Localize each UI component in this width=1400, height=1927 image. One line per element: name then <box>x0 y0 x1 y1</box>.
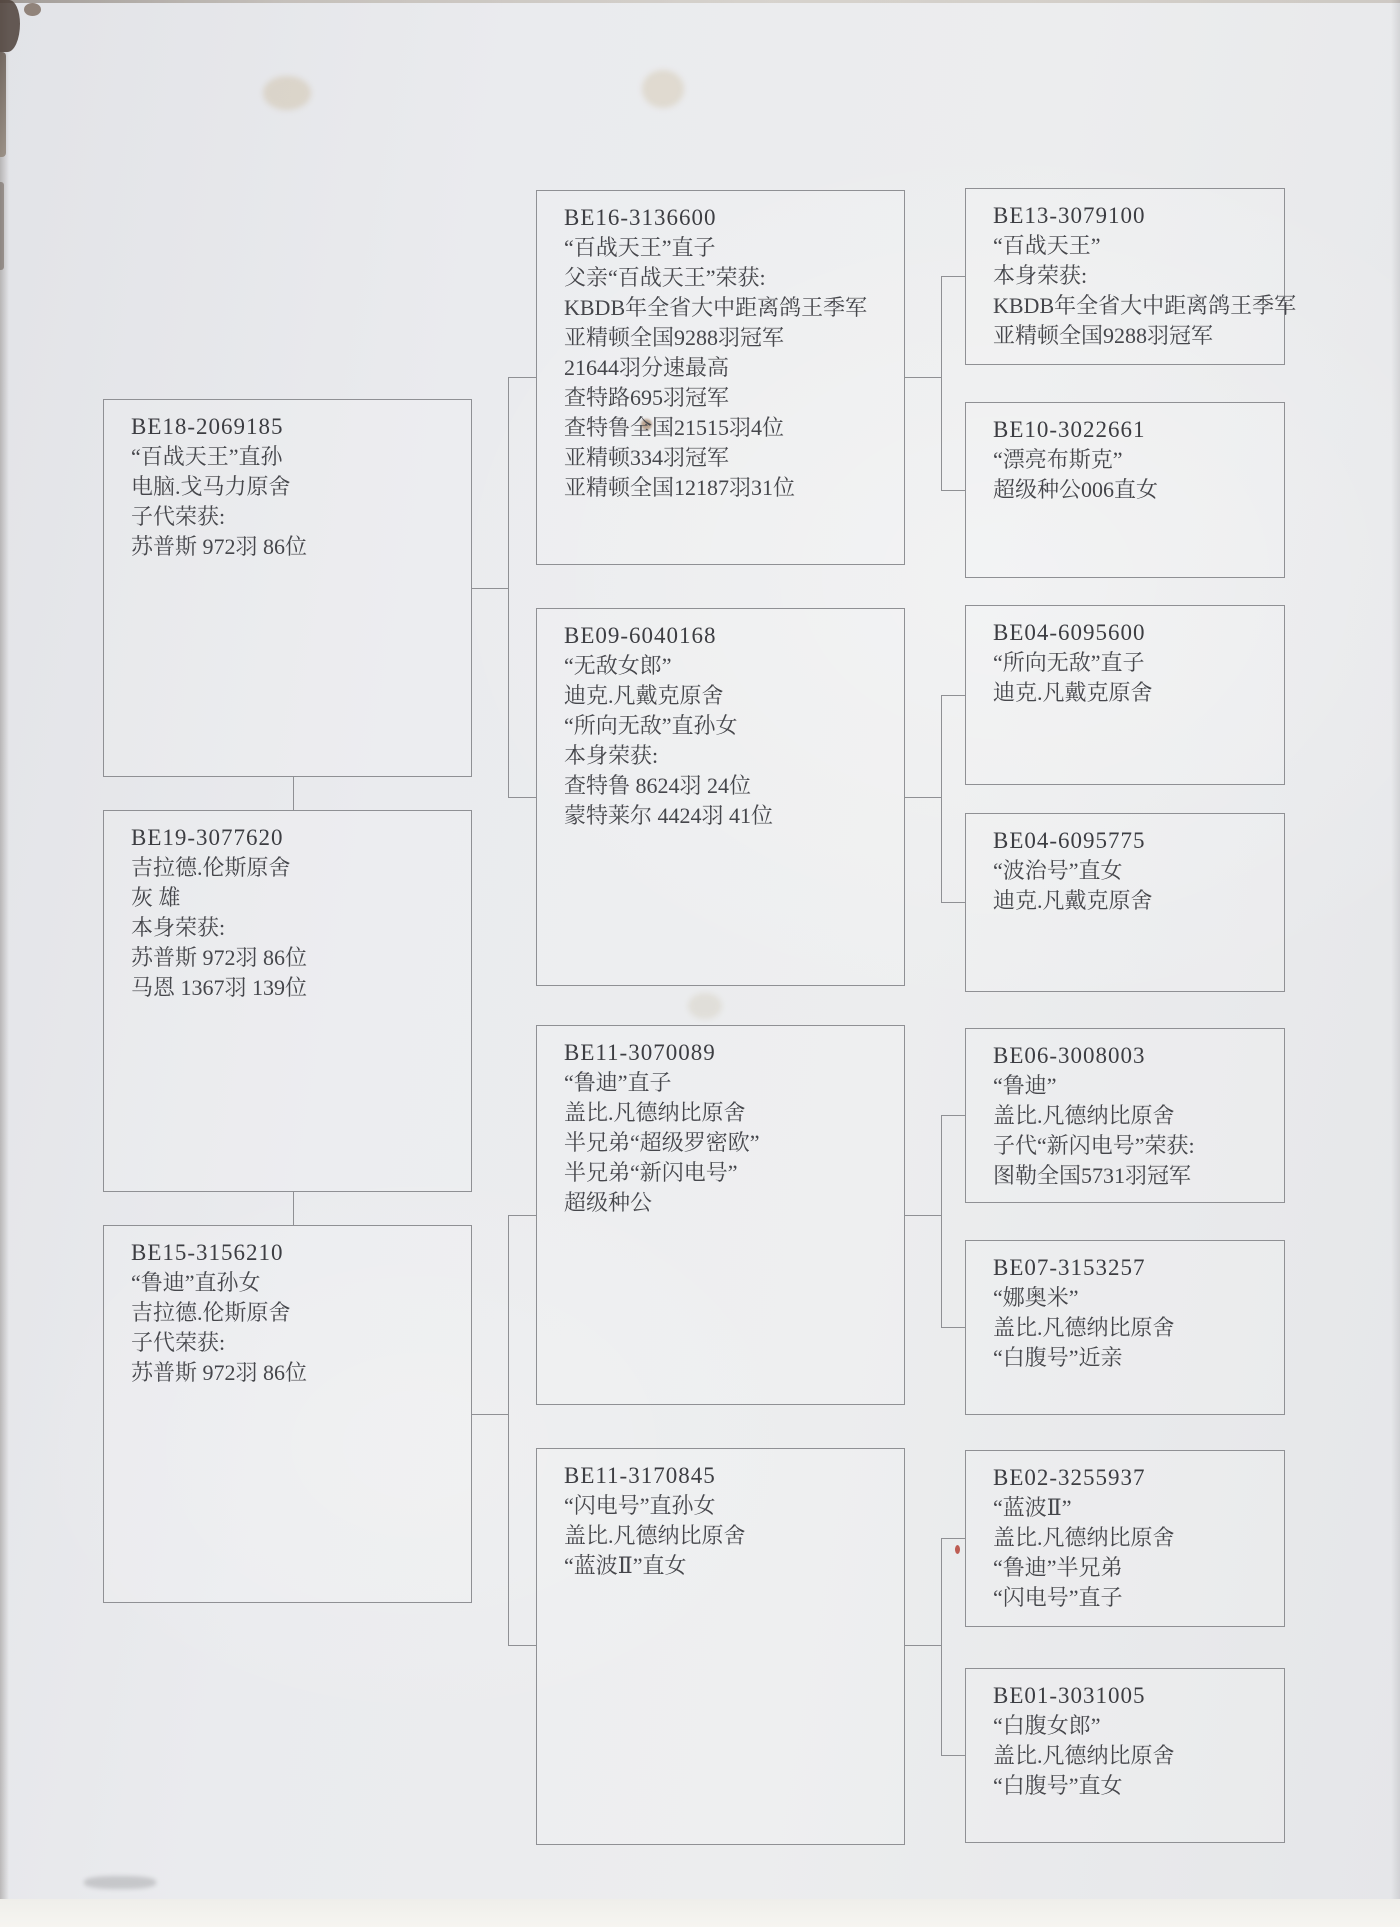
pedigree-scan-page: BE18-2069185 “百战天王”直孙电脑.戈马力原舍子代荣获:苏普斯 97… <box>0 0 1400 1927</box>
scan-corner-mark <box>0 0 20 52</box>
connector-line <box>941 902 965 903</box>
pedigree-text-line: 吉拉德.伦斯原舍 <box>131 853 463 883</box>
pedigree-box-lines: “蓝波Ⅱ”盖比.凡德纳比原舍“鲁迪”半兄弟“闪电号”直子 <box>993 1493 1276 1613</box>
pedigree-box-be16-3136600: BE16-3136600 “百战天王”直子父亲“百战天王”荣获:KBDB年全省大… <box>536 190 905 565</box>
pedigree-text-line: “无敌女郎” <box>564 651 896 681</box>
pedigree-box-lines: “娜奥米”盖比.凡德纳比原舍“白腹号”近亲 <box>993 1283 1276 1373</box>
ring-number: BE02-3255937 <box>993 1462 1276 1493</box>
connector-line <box>905 797 941 798</box>
pedigree-box-be11-3170845: BE11-3170845 “闪电号”直孙女盖比.凡德纳比原舍“蓝波Ⅱ”直女 <box>536 1448 905 1845</box>
scan-edge-left <box>0 0 9 1927</box>
connector-line <box>941 1115 965 1116</box>
connector-line <box>508 1215 509 1646</box>
pedigree-text-line: 苏普斯 972羽 86位 <box>131 943 463 973</box>
connector-line <box>941 276 965 277</box>
pedigree-box-lines: “百战天王”直孙电脑.戈马力原舍子代荣获:苏普斯 972羽 86位 <box>131 442 463 562</box>
pedigree-text-line: 苏普斯 972羽 86位 <box>131 1358 463 1388</box>
pedigree-text-line: 父亲“百战天王”荣获: <box>564 263 896 293</box>
pedigree-text-line: “蓝波Ⅱ”直女 <box>564 1551 896 1581</box>
connector-line <box>293 777 294 810</box>
connector-line <box>905 1645 941 1646</box>
pedigree-text-line: 吉拉德.伦斯原舍 <box>131 1298 463 1328</box>
connector-line <box>941 695 942 903</box>
ring-number: BE04-6095600 <box>993 617 1276 648</box>
pedigree-text-line: 盖比.凡德纳比原舍 <box>993 1523 1276 1553</box>
pedigree-text-line: “鲁迪”直子 <box>564 1068 896 1098</box>
pedigree-text-line: 盖比.凡德纳比原舍 <box>564 1098 896 1128</box>
pedigree-text-line: 电脑.戈马力原舍 <box>131 472 463 502</box>
scan-edge-top <box>0 0 1400 3</box>
connector-line <box>472 588 508 589</box>
pedigree-box-lines: “鲁迪”盖比.凡德纳比原舍子代“新闪电号”荣获:图勒全国5731羽冠军 <box>993 1071 1276 1191</box>
connector-line <box>293 1192 294 1225</box>
pedigree-box-be19-3077620: BE19-3077620 吉拉德.伦斯原舍灰 雄本身荣获:苏普斯 972羽 86… <box>103 810 472 1192</box>
ink-speck <box>955 1545 960 1554</box>
scan-edge-streak <box>0 182 4 270</box>
pedigree-text-line: 盖比.凡德纳比原舍 <box>993 1101 1276 1131</box>
pedigree-text-line: “娜奥米” <box>993 1283 1276 1313</box>
pedigree-box-lines: “鲁迪”直子盖比.凡德纳比原舍半兄弟“超级罗密欧”半兄弟“新闪电号”超级种公 <box>564 1068 896 1218</box>
pedigree-text-line: 亚精顿全国9288羽冠军 <box>564 323 896 353</box>
pedigree-box-lines: “白腹女郎”盖比.凡德纳比原舍“白腹号”直女 <box>993 1711 1276 1801</box>
pedigree-text-line: “漂亮布斯克” <box>993 445 1276 475</box>
pedigree-box-be13-3079100: BE13-3079100 “百战天王”本身荣获:KBDB年全省大中距离鸽王季军亚… <box>965 188 1285 365</box>
pedigree-text-line: 亚精顿全国9288羽冠军 <box>993 321 1276 351</box>
ring-number: BE11-3170845 <box>564 1460 896 1491</box>
pedigree-box-be02-3255937: BE02-3255937 “蓝波Ⅱ”盖比.凡德纳比原舍“鲁迪”半兄弟“闪电号”直… <box>965 1450 1285 1627</box>
pedigree-text-line: 半兄弟“新闪电号” <box>564 1158 896 1188</box>
scan-edge-streak <box>0 52 6 157</box>
pedigree-box-lines: “闪电号”直孙女盖比.凡德纳比原舍“蓝波Ⅱ”直女 <box>564 1491 896 1581</box>
pedigree-text-line: 超级种公 <box>564 1188 896 1218</box>
pedigree-text-line: 迪克.凡戴克原舍 <box>564 681 896 711</box>
pedigree-box-be11-3070089: BE11-3070089 “鲁迪”直子盖比.凡德纳比原舍半兄弟“超级罗密欧”半兄… <box>536 1025 905 1405</box>
pedigree-text-line: 亚精顿全国12187羽31位 <box>564 473 896 503</box>
paper-stain <box>642 70 684 108</box>
pedigree-box-be09-6040168: BE09-6040168 “无敌女郎”迪克.凡戴克原舍“所向无敌”直孙女本身荣获… <box>536 608 905 986</box>
connector-line <box>941 1115 942 1328</box>
connector-line <box>509 377 536 378</box>
pedigree-box-be04-6095775: BE04-6095775 “波治号”直女迪克.凡戴克原舍 <box>965 813 1285 992</box>
pedigree-text-line: “闪电号”直孙女 <box>564 1491 896 1521</box>
connector-line <box>941 695 965 696</box>
pedigree-text-line: 盖比.凡德纳比原舍 <box>564 1521 896 1551</box>
ring-number: BE09-6040168 <box>564 620 896 651</box>
scan-edge-right <box>1391 0 1400 1927</box>
pedigree-box-be15-3156210: BE15-3156210 “鲁迪”直孙女吉拉德.伦斯原舍子代荣获:苏普斯 972… <box>103 1225 472 1603</box>
ring-number: BE11-3070089 <box>564 1037 896 1068</box>
pedigree-box-be06-3008003: BE06-3008003 “鲁迪”盖比.凡德纳比原舍子代“新闪电号”荣获:图勒全… <box>965 1028 1285 1203</box>
pedigree-text-line: “鲁迪”半兄弟 <box>993 1553 1276 1583</box>
ring-number: BE04-6095775 <box>993 825 1276 856</box>
ring-number: BE19-3077620 <box>131 822 463 853</box>
pedigree-box-be07-3153257: BE07-3153257 “娜奥米”盖比.凡德纳比原舍“白腹号”近亲 <box>965 1240 1285 1415</box>
pedigree-text-line: “百战天王”直子 <box>564 233 896 263</box>
pedigree-text-line: “波治号”直女 <box>993 856 1276 886</box>
pedigree-text-line: “百战天王”直孙 <box>131 442 463 472</box>
pedigree-text-line: KBDB年全省大中距离鸽王季军 <box>564 293 896 323</box>
paper-stain <box>263 76 311 110</box>
pedigree-text-line: 蒙特莱尔 4424羽 41位 <box>564 801 896 831</box>
pedigree-text-line: 21644羽分速最高 <box>564 353 896 383</box>
pedigree-text-line: 苏普斯 972羽 86位 <box>131 532 463 562</box>
ring-number: BE18-2069185 <box>131 411 463 442</box>
pedigree-box-lines: 吉拉德.伦斯原舍灰 雄本身荣获:苏普斯 972羽 86位马恩 1367羽 139… <box>131 853 463 1003</box>
connector-line <box>472 1414 508 1415</box>
pedigree-text-line: 盖比.凡德纳比原舍 <box>993 1741 1276 1771</box>
pedigree-text-line: 亚精顿334羽冠军 <box>564 443 896 473</box>
connector-line <box>905 1215 941 1216</box>
pedigree-text-line: “百战天王” <box>993 231 1276 261</box>
pedigree-text-line: “鲁迪”直孙女 <box>131 1268 463 1298</box>
connector-line <box>509 797 536 798</box>
ring-number: BE15-3156210 <box>131 1237 463 1268</box>
pedigree-box-be10-3022661: BE10-3022661 “漂亮布斯克”超级种公006直女 <box>965 402 1285 578</box>
connector-line <box>941 1538 965 1539</box>
pedigree-box-lines: “百战天王”本身荣获:KBDB年全省大中距离鸽王季军亚精顿全国9288羽冠军 <box>993 231 1276 351</box>
pedigree-text-line: 查特路695羽冠军 <box>564 383 896 413</box>
ring-number: BE13-3079100 <box>993 200 1276 231</box>
pedigree-text-line: “白腹女郎” <box>993 1711 1276 1741</box>
pedigree-text-line: 子代荣获: <box>131 1328 463 1358</box>
pedigree-text-line: 超级种公006直女 <box>993 475 1276 505</box>
pedigree-text-line: 半兄弟“超级罗密欧” <box>564 1128 896 1158</box>
pedigree-box-lines: “百战天王”直子父亲“百战天王”荣获:KBDB年全省大中距离鸽王季军亚精顿全国9… <box>564 233 896 503</box>
scan-bottom-strip <box>0 1899 1400 1927</box>
connector-line <box>941 1538 942 1756</box>
pedigree-text-line: “闪电号”直子 <box>993 1583 1276 1613</box>
pedigree-text-line: 迪克.凡戴克原舍 <box>993 678 1276 708</box>
pedigree-text-line: “白腹号”直女 <box>993 1771 1276 1801</box>
pedigree-box-be04-6095600: BE04-6095600 “所向无敌”直子迪克.凡戴克原舍 <box>965 605 1285 785</box>
ring-number: BE10-3022661 <box>993 414 1276 445</box>
pedigree-text-line: “所向无敌”直孙女 <box>564 711 896 741</box>
pedigree-text-line: “蓝波Ⅱ” <box>993 1493 1276 1523</box>
paper-stain <box>688 993 722 1019</box>
connector-line <box>941 490 965 491</box>
connector-line <box>941 1327 965 1328</box>
pedigree-box-lines: “无敌女郎”迪克.凡戴克原舍“所向无敌”直孙女本身荣获:查特鲁 8624羽 24… <box>564 651 896 831</box>
ring-number: BE06-3008003 <box>993 1040 1276 1071</box>
pedigree-text-line: 本身荣获: <box>993 261 1276 291</box>
pedigree-box-be18-2069185: BE18-2069185 “百战天王”直孙电脑.戈马力原舍子代荣获:苏普斯 97… <box>103 399 472 777</box>
pedigree-text-line: 本身荣获: <box>131 913 463 943</box>
pedigree-text-line: “鲁迪” <box>993 1071 1276 1101</box>
pedigree-text-line: KBDB年全省大中距离鸽王季军 <box>993 291 1276 321</box>
ring-number: BE07-3153257 <box>993 1252 1276 1283</box>
pedigree-box-be01-3031005: BE01-3031005 “白腹女郎”盖比.凡德纳比原舍“白腹号”直女 <box>965 1668 1285 1843</box>
pedigree-text-line: 图勒全国5731羽冠军 <box>993 1161 1276 1191</box>
ring-number: BE16-3136600 <box>564 202 896 233</box>
ring-number: BE01-3031005 <box>993 1680 1276 1711</box>
pedigree-box-lines: “波治号”直女迪克.凡戴克原舍 <box>993 856 1276 916</box>
pedigree-text-line: 查特鲁 8624羽 24位 <box>564 771 896 801</box>
connector-line <box>941 1755 965 1756</box>
pedigree-text-line: “白腹号”近亲 <box>993 1343 1276 1373</box>
pedigree-text-line: 马恩 1367羽 139位 <box>131 973 463 1003</box>
pedigree-box-lines: “漂亮布斯克”超级种公006直女 <box>993 445 1276 505</box>
pedigree-text-line: “所向无敌”直子 <box>993 648 1276 678</box>
pedigree-text-line: 本身荣获: <box>564 741 896 771</box>
connector-line <box>509 1645 536 1646</box>
scan-corner-mark <box>24 3 41 16</box>
scan-smudge <box>84 1876 156 1889</box>
pedigree-text-line: 子代“新闪电号”荣获: <box>993 1131 1276 1161</box>
pedigree-text-line: 子代荣获: <box>131 502 463 532</box>
pedigree-box-lines: “鲁迪”直孙女吉拉德.伦斯原舍子代荣获:苏普斯 972羽 86位 <box>131 1268 463 1388</box>
connector-line <box>941 276 942 491</box>
connector-line <box>509 1215 536 1216</box>
pedigree-text-line: 盖比.凡德纳比原舍 <box>993 1313 1276 1343</box>
pedigree-text-line: 灰 雄 <box>131 883 463 913</box>
pedigree-text-line: 迪克.凡戴克原舍 <box>993 886 1276 916</box>
pedigree-text-line: 查特鲁全国21515羽4位 <box>564 413 896 443</box>
connector-line <box>905 377 941 378</box>
pedigree-box-lines: “所向无敌”直子迪克.凡戴克原舍 <box>993 648 1276 708</box>
connector-line <box>508 377 509 798</box>
